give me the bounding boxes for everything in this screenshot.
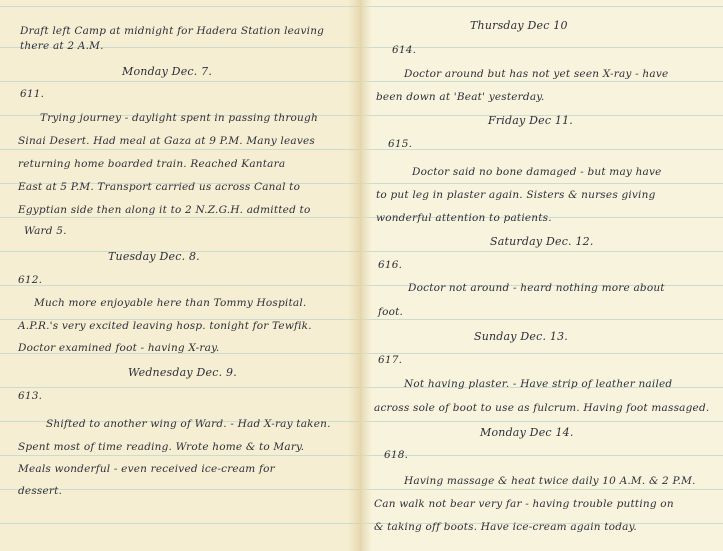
entry-number: 614.: [392, 44, 416, 56]
diary-text-line: Much more enjoyable here than Tommy Hosp…: [34, 297, 306, 309]
diary-text-line: A.P.R.'s very excited leaving hosp. toni…: [18, 320, 312, 332]
entry-number: 611.: [20, 88, 44, 100]
date-heading: Tuesday Dec. 8.: [108, 250, 200, 263]
diary-text-line: been down at 'Beat' yesterday.: [376, 91, 545, 103]
entry-number: 618.: [384, 449, 408, 461]
diary-text-line: returning home boarded train. Reached Ka…: [18, 158, 285, 170]
entry-number: 612.: [18, 274, 42, 286]
date-heading: Friday Dec 11.: [488, 114, 573, 127]
diary-text-line: foot.: [378, 306, 403, 318]
diary-text-line: Can walk not bear very far - having trou…: [374, 498, 674, 510]
diary-text-line: Draft left Camp at midnight for Hadera S…: [20, 25, 324, 37]
diary-text-line: Shifted to another wing of Ward. - Had X…: [46, 418, 331, 430]
diary-text-line: Doctor examined foot - having X-ray.: [18, 342, 219, 354]
diary-spread: Draft left Camp at midnight for Hadera S…: [0, 0, 723, 551]
diary-text-line: Doctor not around - heard nothing more a…: [408, 282, 665, 294]
diary-text-line: there at 2 A.M.: [20, 40, 104, 52]
date-heading: Saturday Dec. 12.: [490, 235, 594, 248]
date-heading: Monday Dec. 7.: [122, 65, 212, 78]
entry-number: 615.: [388, 138, 412, 150]
diary-text-line: wonderful attention to patients.: [376, 212, 552, 224]
diary-text-line: Not having plaster. - Have strip of leat…: [404, 378, 672, 390]
date-heading: Monday Dec 14.: [480, 426, 574, 439]
date-heading: Wednesday Dec. 9.: [128, 366, 237, 379]
date-heading: Thursday Dec 10: [470, 19, 568, 32]
diary-text-line: Doctor around but has not yet seen X-ray…: [404, 68, 668, 80]
diary-text-line: Ward 5.: [24, 225, 67, 237]
diary-text-line: Meals wonderful - even received ice-crea…: [18, 463, 275, 475]
entry-number: 616.: [378, 259, 402, 271]
diary-text-line: Sinai Desert. Had meal at Gaza at 9 P.M.…: [18, 135, 315, 147]
diary-text-line: Trying journey - daylight spent in passi…: [40, 112, 318, 124]
diary-text-line: to put leg in plaster again. Sisters & n…: [376, 189, 656, 201]
date-heading: Sunday Dec. 13.: [474, 330, 568, 343]
right-page: Thursday Dec 10614.Doctor around but has…: [362, 0, 723, 551]
entry-number: 613.: [18, 390, 42, 402]
entry-number: 617.: [378, 354, 402, 366]
diary-text-line: Doctor said no bone damaged - but may ha…: [412, 166, 662, 178]
diary-text-line: Having massage & heat twice daily 10 A.M…: [404, 475, 696, 487]
diary-text-line: & taking off boots. Have ice-cream again…: [374, 521, 637, 533]
diary-text-line: dessert.: [18, 485, 62, 497]
diary-text-line: Egyptian side then along it to 2 N.Z.G.H…: [18, 204, 311, 216]
diary-text-line: across sole of boot to use as fulcrum. H…: [374, 402, 709, 414]
diary-text-line: East at 5 P.M. Transport carried us acro…: [18, 181, 300, 193]
left-page: Draft left Camp at midnight for Hadera S…: [0, 0, 362, 551]
diary-text-line: Spent most of time reading. Wrote home &…: [18, 441, 304, 453]
